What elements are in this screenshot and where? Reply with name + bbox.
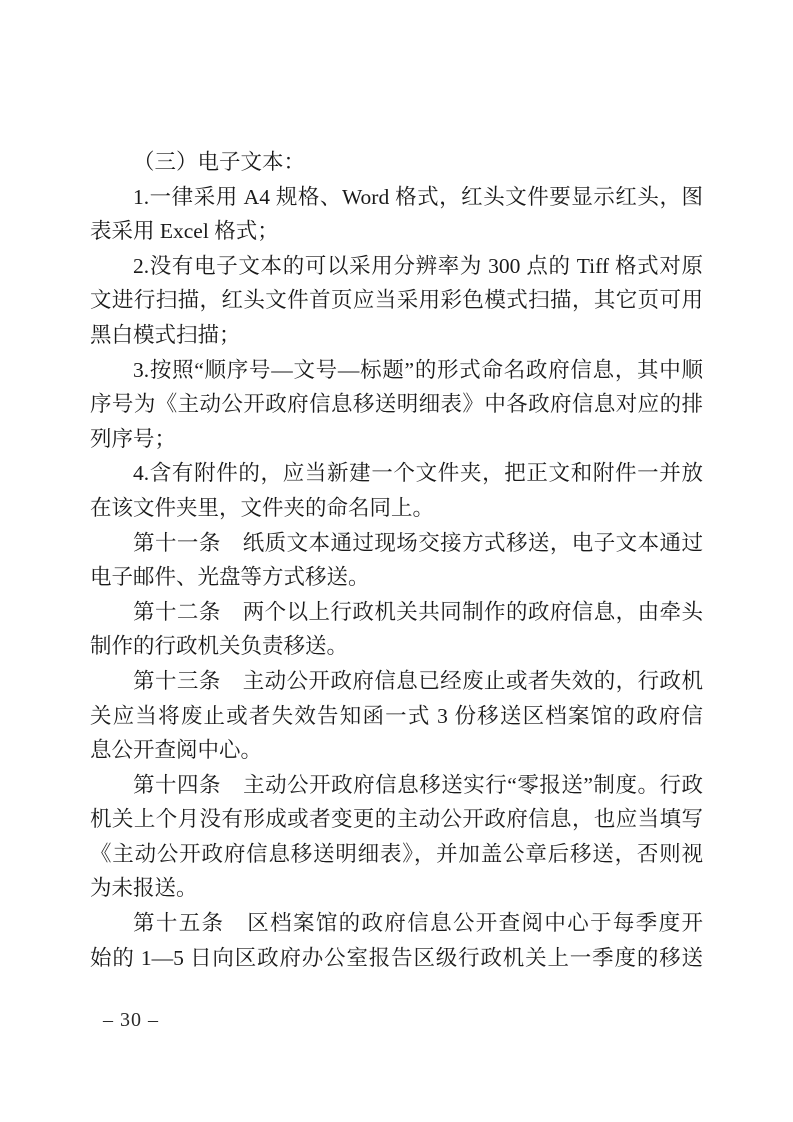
article-11: 第十一条 纸质文本通过现场交接方式移送，电子文本通过电子邮件、光盘等方式移送。 bbox=[90, 526, 703, 595]
text-line: 关应当将废止或者失效告知函一式 3 份移送区档案馆的政府信 bbox=[90, 699, 703, 734]
text-line: 第十五条 区档案馆的政府信息公开查阅中心于每季度开 bbox=[90, 906, 703, 941]
section-item-3-heading: （三）电子文本： bbox=[90, 145, 703, 180]
list-item-2: 2.没有电子文本的可以采用分辨率为 300 点的 Tiff 格式对原文进行扫描，… bbox=[90, 249, 703, 353]
text-line: 制作的行政机关负责移送。 bbox=[90, 629, 703, 664]
text-line: 第十一条 纸质文本通过现场交接方式移送，电子文本通过 bbox=[90, 526, 703, 561]
list-item-4: 4.含有附件的，应当新建一个文件夹，把正文和附件一并放在该文件夹里，文件夹的命名… bbox=[90, 456, 703, 525]
text-line: 3.按照“顺序号—文号—标题”的形式命名政府信息，其中顺 bbox=[90, 353, 703, 388]
text-line: 第十四条 主动公开政府信息移送实行“零报送”制度。行政 bbox=[90, 768, 703, 803]
text-line: 《主动公开政府信息移送明细表》，并加盖公章后移送，否则视 bbox=[90, 837, 703, 872]
text-line: 为未报送。 bbox=[90, 871, 703, 906]
text-line: 第十三条 主动公开政府信息已经废止或者失效的，行政机 bbox=[90, 664, 703, 699]
article-14: 第十四条 主动公开政府信息移送实行“零报送”制度。行政机关上个月没有形成或者变更… bbox=[90, 768, 703, 906]
text-line: 表采用 Excel 格式； bbox=[90, 214, 703, 249]
document-page: （三）电子文本：1.一律采用 A4 规格、Word 格式，红头文件要显示红头，图… bbox=[0, 0, 793, 1122]
text-line: （三）电子文本： bbox=[90, 145, 703, 180]
text-line: 机关上个月没有形成或者变更的主动公开政府信息，也应当填写 bbox=[90, 802, 703, 837]
article-15: 第十五条 区档案馆的政府信息公开查阅中心于每季度开始的 1—5 日向区政府办公室… bbox=[90, 906, 703, 975]
text-line: 始的 1—5 日向区政府办公室报告区级行政机关上一季度的移送 bbox=[90, 941, 703, 976]
text-line: 2.没有电子文本的可以采用分辨率为 300 点的 Tiff 格式对原 bbox=[90, 249, 703, 284]
article-12: 第十二条 两个以上行政机关共同制作的政府信息，由牵头制作的行政机关负责移送。 bbox=[90, 595, 703, 664]
page-number: – 30 – bbox=[103, 1009, 159, 1031]
page-footer: – 30 – bbox=[103, 1007, 159, 1033]
text-line: 息公开查阅中心。 bbox=[90, 733, 703, 768]
text-line: 序号为《主动公开政府信息移送明细表》中各政府信息对应的排 bbox=[90, 387, 703, 422]
text-line: 文进行扫描，红头文件首页应当采用彩色模式扫描，其它页可用 bbox=[90, 283, 703, 318]
list-item-3: 3.按照“顺序号—文号—标题”的形式命名政府信息，其中顺序号为《主动公开政府信息… bbox=[90, 353, 703, 457]
text-line: 4.含有附件的，应当新建一个文件夹，把正文和附件一并放 bbox=[90, 456, 703, 491]
text-line: 第十二条 两个以上行政机关共同制作的政府信息，由牵头 bbox=[90, 595, 703, 630]
text-line: 1.一律采用 A4 规格、Word 格式，红头文件要显示红头，图 bbox=[90, 180, 703, 215]
text-line: 在该文件夹里，文件夹的命名同上。 bbox=[90, 491, 703, 526]
text-line: 电子邮件、光盘等方式移送。 bbox=[90, 560, 703, 595]
article-13: 第十三条 主动公开政府信息已经废止或者失效的，行政机关应当将废止或者失效告知函一… bbox=[90, 664, 703, 768]
text-line: 列序号； bbox=[90, 422, 703, 457]
document-body: （三）电子文本：1.一律采用 A4 规格、Word 格式，红头文件要显示红头，图… bbox=[90, 145, 703, 975]
text-line: 黑白模式扫描； bbox=[90, 318, 703, 353]
list-item-1: 1.一律采用 A4 规格、Word 格式，红头文件要显示红头，图表采用 Exce… bbox=[90, 180, 703, 249]
